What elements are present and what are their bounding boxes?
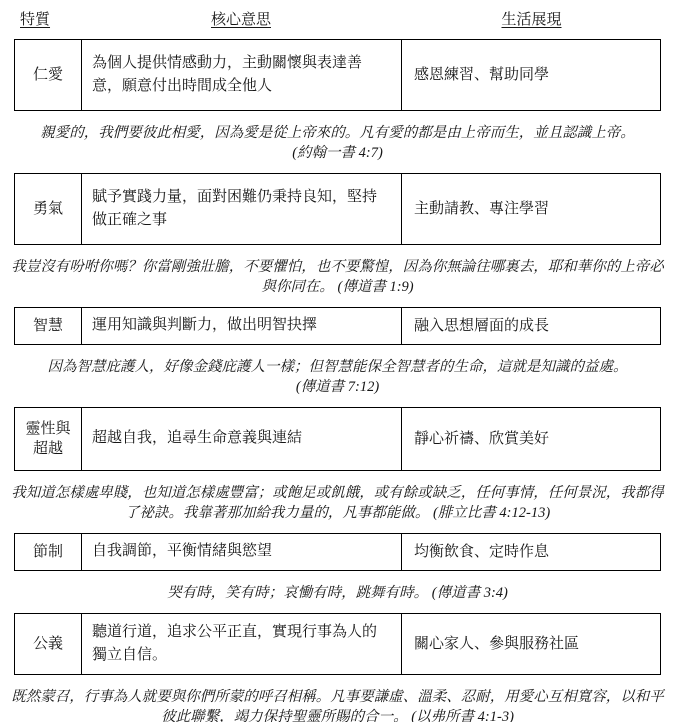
- trait-row-justice: 公義 聽道行道，追求公平正直，實現行事為人的獨立自信。 關心家人、參與服務社區: [14, 613, 661, 675]
- verse-spirituality: 我知道怎樣處卑賤，也知道怎樣處豐富；或飽足或飢餓，或有餘或缺乏，任何事情，任何景…: [8, 483, 667, 523]
- meaning-cell: 為個人提供情感動力，主動關懷與表達善意，願意付出時間成全他人: [81, 40, 401, 110]
- trait-cell: 智慧: [15, 308, 81, 344]
- trait-row-courage: 勇氣 賦予實踐力量，面對困難仍秉持良知，堅持做正確之事 主動請教、專注學習: [14, 173, 661, 245]
- header-expression-label: 生活展現: [501, 12, 561, 28]
- header-trait: 特質: [14, 8, 80, 29]
- verse-text: 既然蒙召，行事為人就要與你們所蒙的呼召相稱。凡事要謙虛、溫柔、忍耐，用愛心互相寬…: [11, 689, 664, 722]
- trait-row-spirituality: 靈性與超越 超越自我，追尋生命意義與連結 靜心祈禱、欣賞美好: [14, 407, 661, 471]
- expression-cell: 均衡飲食、定時作息: [401, 534, 660, 570]
- expression-cell: 主動請教、專注學習: [401, 174, 660, 244]
- verse-reference: (傳道書 1:9): [338, 279, 414, 295]
- header-meaning: 核心意思: [80, 8, 402, 29]
- expression-cell: 靜心祈禱、欣賞美好: [401, 408, 660, 470]
- meaning-cell: 賦予實踐力量，面對困難仍秉持良知，堅持做正確之事: [81, 174, 401, 244]
- meaning-cell: 自我調節，平衡情緒與慾望: [81, 534, 401, 570]
- verse-text: 我知道怎樣處卑賤，也知道怎樣處豐富；或飽足或飢餓，或有餘或缺乏，任何事情，任何景…: [11, 485, 664, 521]
- verse-temperance: 哭有時，笑有時；哀慟有時，跳舞有時。 (傳道書 3:4): [8, 583, 667, 603]
- verse-reference: (以弗所書 4:1-3): [411, 709, 514, 722]
- verse-courage: 我豈沒有吩咐你嗎？你當剛強壯膽，不要懼怕，也不要驚惶，因為你無論往哪裏去，耶和華…: [8, 257, 667, 297]
- table-header-row: 特質 核心意思 生活展現: [14, 8, 661, 29]
- expression-cell: 關心家人、參與服務社區: [401, 614, 660, 674]
- verse-wisdom: 因為智慧庇護人，好像金錢庇護人一樣；但智慧能保全智慧者的生命，這就是知識的益處。…: [8, 357, 667, 397]
- trait-cell: 節制: [15, 534, 81, 570]
- expression-cell: 融入思想層面的成長: [401, 308, 660, 344]
- trait-row-temperance: 節制 自我調節，平衡情緒與慾望 均衡飲食、定時作息: [14, 533, 661, 571]
- meaning-cell: 聽道行道，追求公平正直，實現行事為人的獨立自信。: [81, 614, 401, 674]
- header-trait-label: 特質: [20, 12, 50, 28]
- trait-cell: 勇氣: [15, 174, 81, 244]
- verse-reference: (約翰一書 4:7): [8, 143, 667, 163]
- header-meaning-label: 核心意思: [211, 12, 271, 28]
- expression-cell: 感恩練習、幫助同學: [401, 40, 660, 110]
- trait-cell: 靈性與超越: [15, 408, 81, 470]
- trait-row-wisdom: 智慧 運用知識與判斷力，做出明智抉擇 融入思想層面的成長: [14, 307, 661, 345]
- trait-row-benevolence: 仁愛 為個人提供情感動力，主動關懷與表達善意，願意付出時間成全他人 感恩練習、幫…: [14, 39, 661, 111]
- trait-cell: 公義: [15, 614, 81, 674]
- verse-text: 親愛的，我們要彼此相愛，因為愛是從上帝來的。凡有愛的都是由上帝而生，並且認識上帝…: [40, 125, 635, 141]
- verse-benevolence: 親愛的，我們要彼此相愛，因為愛是從上帝來的。凡有愛的都是由上帝而生，並且認識上帝…: [8, 123, 667, 163]
- meaning-cell: 超越自我，追尋生命意義與連結: [81, 408, 401, 470]
- worksheet-page: 特質 核心意思 生活展現 仁愛 為個人提供情感動力，主動關懷與表達善意，願意付出…: [0, 8, 675, 722]
- header-expression: 生活展現: [402, 8, 661, 29]
- verse-text: 因為智慧庇護人，好像金錢庇護人一樣；但智慧能保全智慧者的生命，這就是知識的益處。: [48, 359, 628, 375]
- verse-reference: (腓立比書 4:12-13): [433, 505, 550, 521]
- verse-justice: 既然蒙召，行事為人就要與你們所蒙的呼召相稱。凡事要謙虛、溫柔、忍耐，用愛心互相寬…: [8, 687, 667, 722]
- verse-text: 哭有時，笑有時；哀慟有時，跳舞有時。: [167, 585, 428, 601]
- verse-reference: (傳道書 7:12): [296, 379, 379, 395]
- trait-cell: 仁愛: [15, 40, 81, 110]
- meaning-cell: 運用知識與判斷力，做出明智抉擇: [81, 308, 401, 344]
- verse-reference: (傳道書 3:4): [432, 585, 508, 601]
